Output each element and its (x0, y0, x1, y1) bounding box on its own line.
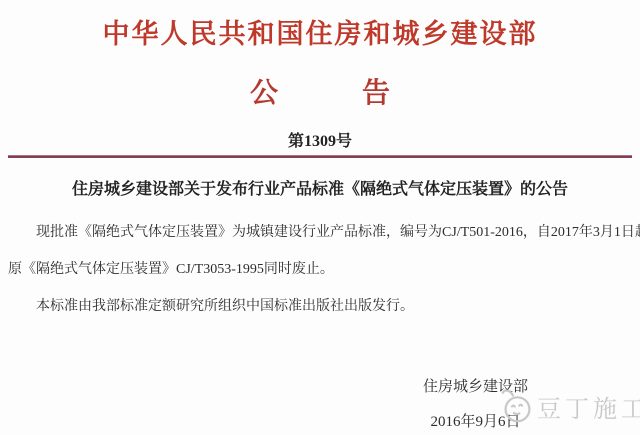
red-divider-line (8, 155, 632, 158)
body-line-2: 原《隔绝式气体定压装置》CJ/T3053-1995同时废止。 (8, 251, 632, 288)
issue-number: 第1309号 (0, 128, 640, 151)
gazette-title: 公 告 (0, 71, 640, 111)
announcement-document: 中华人民共和国住房和城乡建设部 公 告 第1309号 住房城乡建设部关于发布行业… (0, 0, 640, 435)
issue-date: 2016年9月6日 (430, 410, 520, 431)
announcement-heading: 住房城乡建设部关于发布行业产品标准《隔绝式气体定压装置》的公告 (0, 176, 640, 199)
body-line-1: 现批准《隔绝式气体定压装置》为城镇建设行业产品标准，编号为CJ/T501-201… (8, 214, 632, 251)
signature-block: 住房城乡建设部 2016年9月6日 (423, 375, 528, 431)
issuer-name: 住房城乡建设部 (423, 375, 528, 396)
ministry-title: 中华人民共和国住房和城乡建设部 (0, 12, 640, 51)
body-line-3: 本标准由我部标准定额研究所组织中国标准出版社出版发行。 (8, 288, 632, 325)
announcement-body: 现批准《隔绝式气体定压装置》为城镇建设行业产品标准，编号为CJ/T501-201… (8, 214, 632, 325)
watermark-text: 豆丁施工 (537, 389, 640, 424)
